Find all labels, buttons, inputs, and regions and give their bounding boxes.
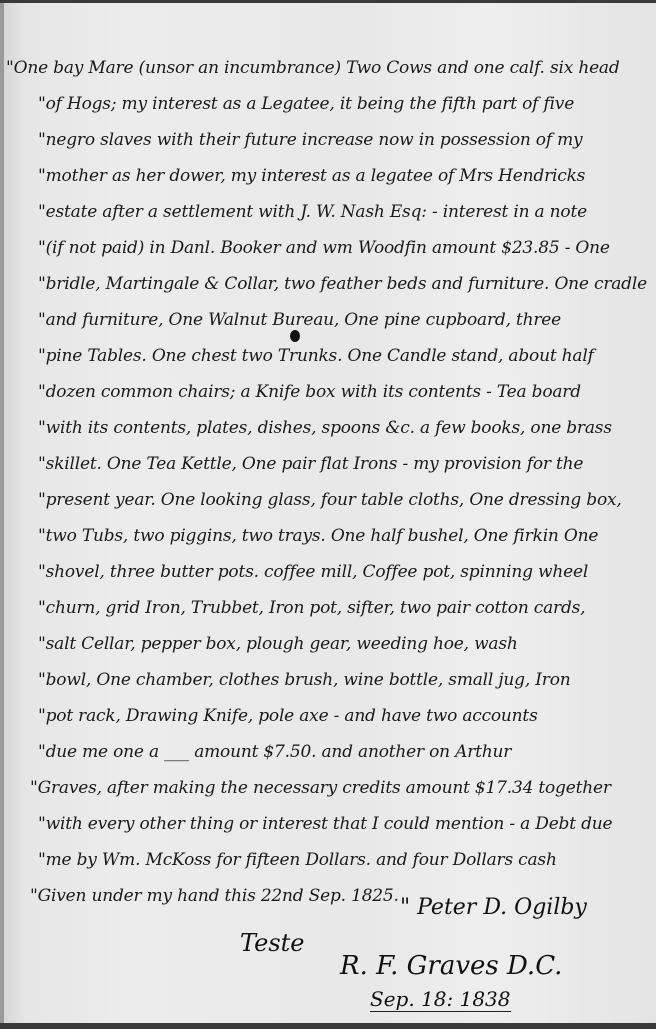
text-line-7: "bridle, Martingale & Collar, two feathe… — [38, 274, 647, 294]
text-line-22: "with every other thing or interest that… — [38, 814, 612, 834]
text-line-8: "and furniture, One Walnut Bureau, One p… — [38, 310, 561, 330]
witness-signature: R. F. Graves D.C. — [340, 951, 562, 981]
text-line-14: "two Tubs, two piggins, two trays. One h… — [38, 526, 598, 546]
ink-blot — [290, 330, 300, 342]
text-line-24: "Given under my hand this 22nd Sep. 1825… — [30, 886, 399, 906]
teste-label: Teste — [240, 929, 305, 957]
text-line-4: "mother as her dower, my interest as a l… — [38, 166, 585, 186]
text-line-3: "negro slaves with their future increase… — [38, 130, 582, 150]
text-line-5: "estate after a settlement with J. W. Na… — [38, 202, 587, 222]
text-line-17: "salt Cellar, pepper box, plough gear, w… — [38, 634, 518, 654]
text-line-18: "bowl, One chamber, clothes brush, wine … — [38, 670, 571, 690]
text-line-19: "pot rack, Drawing Knife, pole axe - and… — [38, 706, 538, 726]
text-line-2: "of Hogs; my interest as a Legatee, it b… — [38, 94, 574, 114]
text-line-11: "with its contents, plates, dishes, spoo… — [38, 418, 612, 438]
text-line-16: "churn, grid Iron, Trubbet, Iron pot, si… — [38, 598, 585, 618]
text-line-21: "Graves, after making the necessary cred… — [30, 778, 611, 798]
text-line-1: "One bay Mare (unsor an incumbrance) Two… — [6, 58, 620, 78]
manuscript-page: "One bay Mare (unsor an incumbrance) Two… — [0, 3, 656, 1023]
text-line-9: "pine Tables. One chest two Trunks. One … — [38, 346, 594, 366]
text-line-23: "me by Wm. McKoss for fifteen Dollars. a… — [38, 850, 557, 870]
text-line-13: "present year. One looking glass, four t… — [38, 490, 622, 510]
text-line-15: "shovel, three butter pots. coffee mill,… — [38, 562, 588, 582]
text-line-20: "due me one a ___ amount $7.50. and anot… — [38, 742, 511, 762]
text-line-10: "dozen common chairs; a Knife box with i… — [38, 382, 581, 402]
text-line-12: "skillet. One Tea Kettle, One pair flat … — [38, 454, 583, 474]
text-line-6: "(if not paid) in Danl. Booker and wm Wo… — [38, 238, 610, 258]
witness-date: Sep. 18: 1838 — [370, 987, 511, 1012]
testator-signature: " Peter D. Ogilby — [400, 895, 587, 920]
